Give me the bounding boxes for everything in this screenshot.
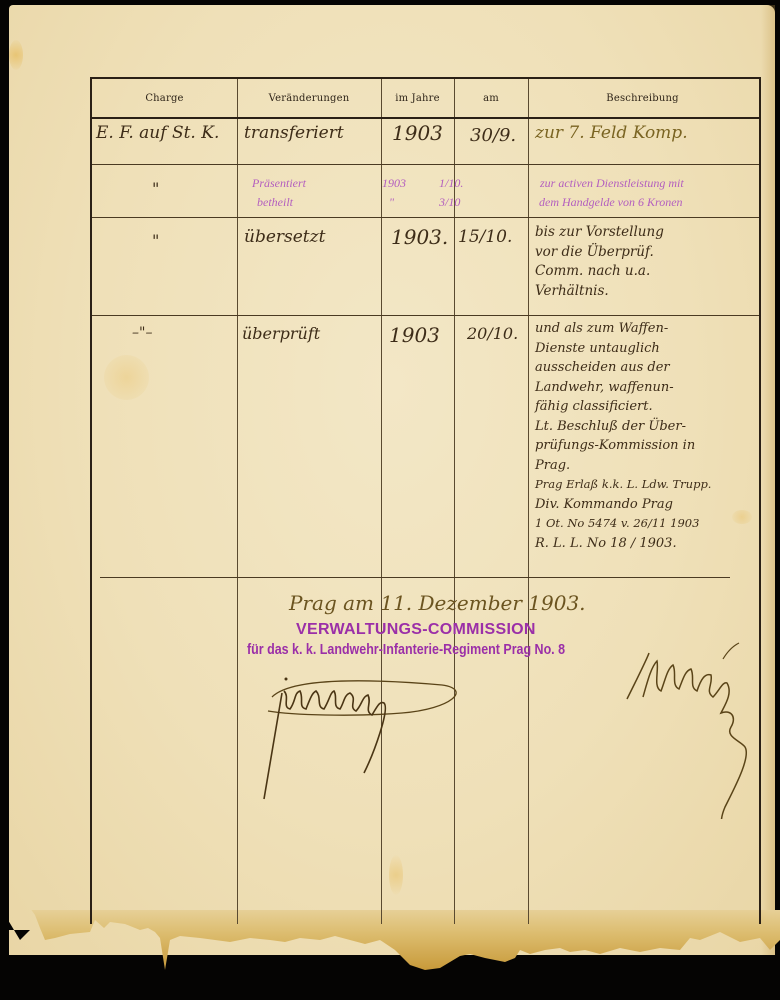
- row-divider: [92, 315, 759, 316]
- row4-day: 20/10.: [467, 324, 518, 343]
- row4-description-line: Lt. Beschluß der Über-: [535, 417, 711, 437]
- column-divider: [237, 79, 238, 924]
- row1-day: 30/9.: [470, 125, 516, 146]
- row-divider: [92, 164, 759, 165]
- row4-description-line: prüfungs-Kommission in: [535, 436, 711, 456]
- signature-left: [252, 669, 482, 809]
- row4-description-line: ausscheiden aus der: [535, 358, 711, 378]
- row2-day-line1: 1/10.: [439, 176, 463, 191]
- row3-description-line: Comm. nach u.a.: [535, 262, 664, 282]
- row3-description-line: bis zur Vorstellung: [535, 223, 664, 243]
- header-charge: Charge: [92, 79, 237, 117]
- row1-charge: E. F. auf St. K.: [96, 123, 219, 143]
- row1-change: transferiert: [244, 123, 344, 143]
- row4-description-line: fähig classificiert.: [535, 397, 711, 417]
- row-divider: [100, 577, 730, 578]
- row4-description-line: und als zum Waffen-: [535, 319, 711, 339]
- header-year: im Jahre: [381, 79, 454, 117]
- row4-description: und als zum Waffen- Dienste untauglich a…: [535, 319, 711, 553]
- row3-day: 15/10.: [458, 227, 512, 247]
- header-day: am: [454, 79, 528, 117]
- row4-description-line: Div. Kommando Prag: [535, 495, 711, 515]
- header-bottom-rule: [92, 117, 759, 119]
- row3-description-line: Verhältnis.: [535, 282, 664, 302]
- stamp-line-1: VERWALTUNGS-COMMISSION: [296, 621, 536, 639]
- row4-change: überprüft: [242, 324, 320, 343]
- row2-charge: ": [152, 179, 159, 198]
- row4-description-line: Prag.: [535, 456, 711, 476]
- row-divider: [92, 217, 759, 218]
- signature-right: [617, 639, 767, 819]
- row4-year: 1903: [389, 323, 440, 347]
- header-description: Beschreibung: [528, 79, 757, 117]
- row2-change-line2: betheilt: [257, 195, 293, 210]
- row2-description-line1: zur activen Dienstleistung mit: [540, 176, 684, 191]
- row4-description-line: Landwehr, waffenun-: [535, 378, 711, 398]
- row3-charge: ": [152, 231, 159, 250]
- row3-change: übersetzt: [244, 227, 325, 247]
- row2-year-line2: ": [389, 195, 394, 210]
- stamp-line-2: für das k. k. Landwehr-Infanterie-Regime…: [247, 642, 565, 658]
- row4-charge: –"–: [132, 325, 152, 341]
- row3-description: bis zur Vorstellung vor die Überprüf. Co…: [535, 223, 664, 301]
- row4-description-line: R. L. L. No 18 / 1903.: [535, 534, 711, 554]
- row2-change-line1: Präsentiert: [252, 176, 306, 191]
- header-changes: Veränderungen: [237, 79, 381, 117]
- row3-year: 1903.: [391, 225, 448, 249]
- row2-year-line1: 1903: [382, 176, 406, 191]
- register-table: Charge Veränderungen im Jahre am Beschre…: [90, 77, 761, 924]
- column-divider: [528, 79, 529, 924]
- row1-description: zur 7. Feld Komp.: [535, 123, 688, 143]
- stain: [9, 40, 23, 70]
- place-date: Prag am 11. Dezember 1903.: [289, 591, 586, 615]
- row2-day-line2: 3/10: [439, 195, 460, 210]
- row1-year: 1903: [392, 121, 443, 145]
- row2-description-line2: dem Handgelde von 6 Kronen: [539, 195, 683, 210]
- row3-description-line: vor die Überprüf.: [535, 243, 664, 263]
- row4-description-line: Prag Erlaß k.k. L. Ldw. Trupp.: [535, 475, 711, 495]
- row4-description-line: Dienste untauglich: [535, 339, 711, 359]
- row4-description-line: 1 Ot. No 5474 v. 26/11 1903: [535, 514, 711, 534]
